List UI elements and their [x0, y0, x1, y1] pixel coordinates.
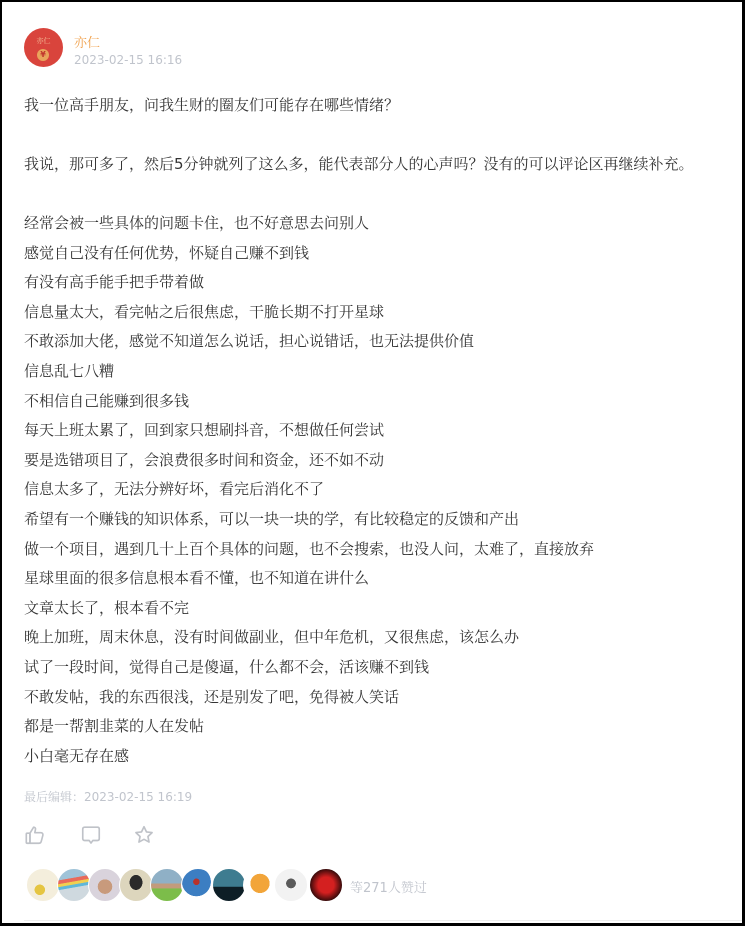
list-item: 信息乱七八糟 [24, 360, 594, 390]
thumbs-up-icon [24, 824, 46, 846]
list-item: 经常会被一些具体的问题卡住，也不好意思去问别人 [24, 212, 594, 242]
last-edited: 最后编辑：2023-02-15 16:19 [24, 788, 192, 805]
liker-avatar[interactable] [26, 868, 60, 902]
list-item: 感觉自己没有任何优势，怀疑自己赚不到钱 [24, 242, 594, 272]
liker-avatar[interactable] [212, 868, 246, 902]
list-item: 都是一帮割韭菜的人在发帖 [24, 715, 594, 745]
list-item: 做一个项目，遇到几十上百个具体的问题，也不会搜索，也没人问，太难了，直接放弃 [24, 538, 594, 568]
list-item: 星球里面的很多信息根本看不懂，也不知道在讲什么 [24, 567, 594, 597]
list-item: 小白毫无存在感 [24, 745, 594, 775]
liker-avatar[interactable] [243, 868, 277, 902]
liker-avatar[interactable] [88, 868, 122, 902]
liker-avatar[interactable] [181, 868, 215, 902]
emotion-list: 经常会被一些具体的问题卡住，也不好意思去问别人 感觉自己没有任何优势，怀疑自己赚… [24, 212, 594, 774]
paragraph-intro: 我一位高手朋友，问我生财的圈友们可能存在哪些情绪？ [24, 94, 399, 116]
list-item: 希望有一个赚钱的知识体系，可以一块一块的学，有比较稳定的反馈和产出 [24, 508, 594, 538]
like-count[interactable]: 等271人赞过 [350, 877, 427, 896]
liker-avatar[interactable] [309, 868, 343, 902]
list-item: 不敢发帖，我的东西很浅，还是别发了吧，免得被人笑话 [24, 686, 594, 716]
list-item: 晚上加班，周末休息，没有时间做副业，但中年危机，又很焦虑，该怎么办 [24, 626, 594, 656]
liker-avatar[interactable] [274, 868, 308, 902]
avatar-text: 亦仁 [24, 36, 63, 46]
paragraph-reply: 我说，那可多了，然后5分钟就列了这么多，能代表部分人的心声吗？没有的可以评论区再… [24, 153, 694, 175]
list-item: 文章太长了，根本看不完 [24, 597, 594, 627]
star-icon [133, 824, 155, 846]
liker-avatar[interactable] [57, 868, 91, 902]
list-item: 每天上班太累了，回到家只想刷抖音，不想做任何尝试 [24, 419, 594, 449]
author-name[interactable]: 亦仁 [74, 32, 100, 51]
liker-avatar[interactable] [119, 868, 153, 902]
list-item: 不相信自己能赚到很多钱 [24, 390, 594, 420]
divider [24, 920, 742, 921]
post-card: 亦仁 ¥ 亦仁 2023-02-15 16:16 我一位高手朋友，问我生财的圈友… [2, 2, 742, 923]
list-item: 不敢添加大佬，感觉不知道怎么说话，担心说错话，也无法提供价值 [24, 330, 594, 360]
coin-badge-icon: ¥ [37, 49, 49, 61]
liker-avatar[interactable] [150, 868, 184, 902]
list-item: 信息量太大，看完帖之后很焦虑，干脆长期不打开星球 [24, 301, 594, 331]
comment-button[interactable] [80, 824, 104, 848]
list-item: 信息太多了，无法分辨好坏，看完后消化不了 [24, 478, 594, 508]
list-item: 要是选错项目了，会浪费很多时间和资金，还不如不动 [24, 449, 594, 479]
list-item: 试了一段时间，觉得自己是傻逼，什么都不会，活该赚不到钱 [24, 656, 594, 686]
author-avatar[interactable]: 亦仁 ¥ [24, 28, 63, 67]
like-button[interactable] [24, 824, 48, 848]
favorite-button[interactable] [133, 824, 157, 848]
comment-icon [80, 824, 102, 846]
post-timestamp: 2023-02-15 16:16 [74, 53, 182, 67]
list-item: 有没有高手能手把手带着做 [24, 271, 594, 301]
